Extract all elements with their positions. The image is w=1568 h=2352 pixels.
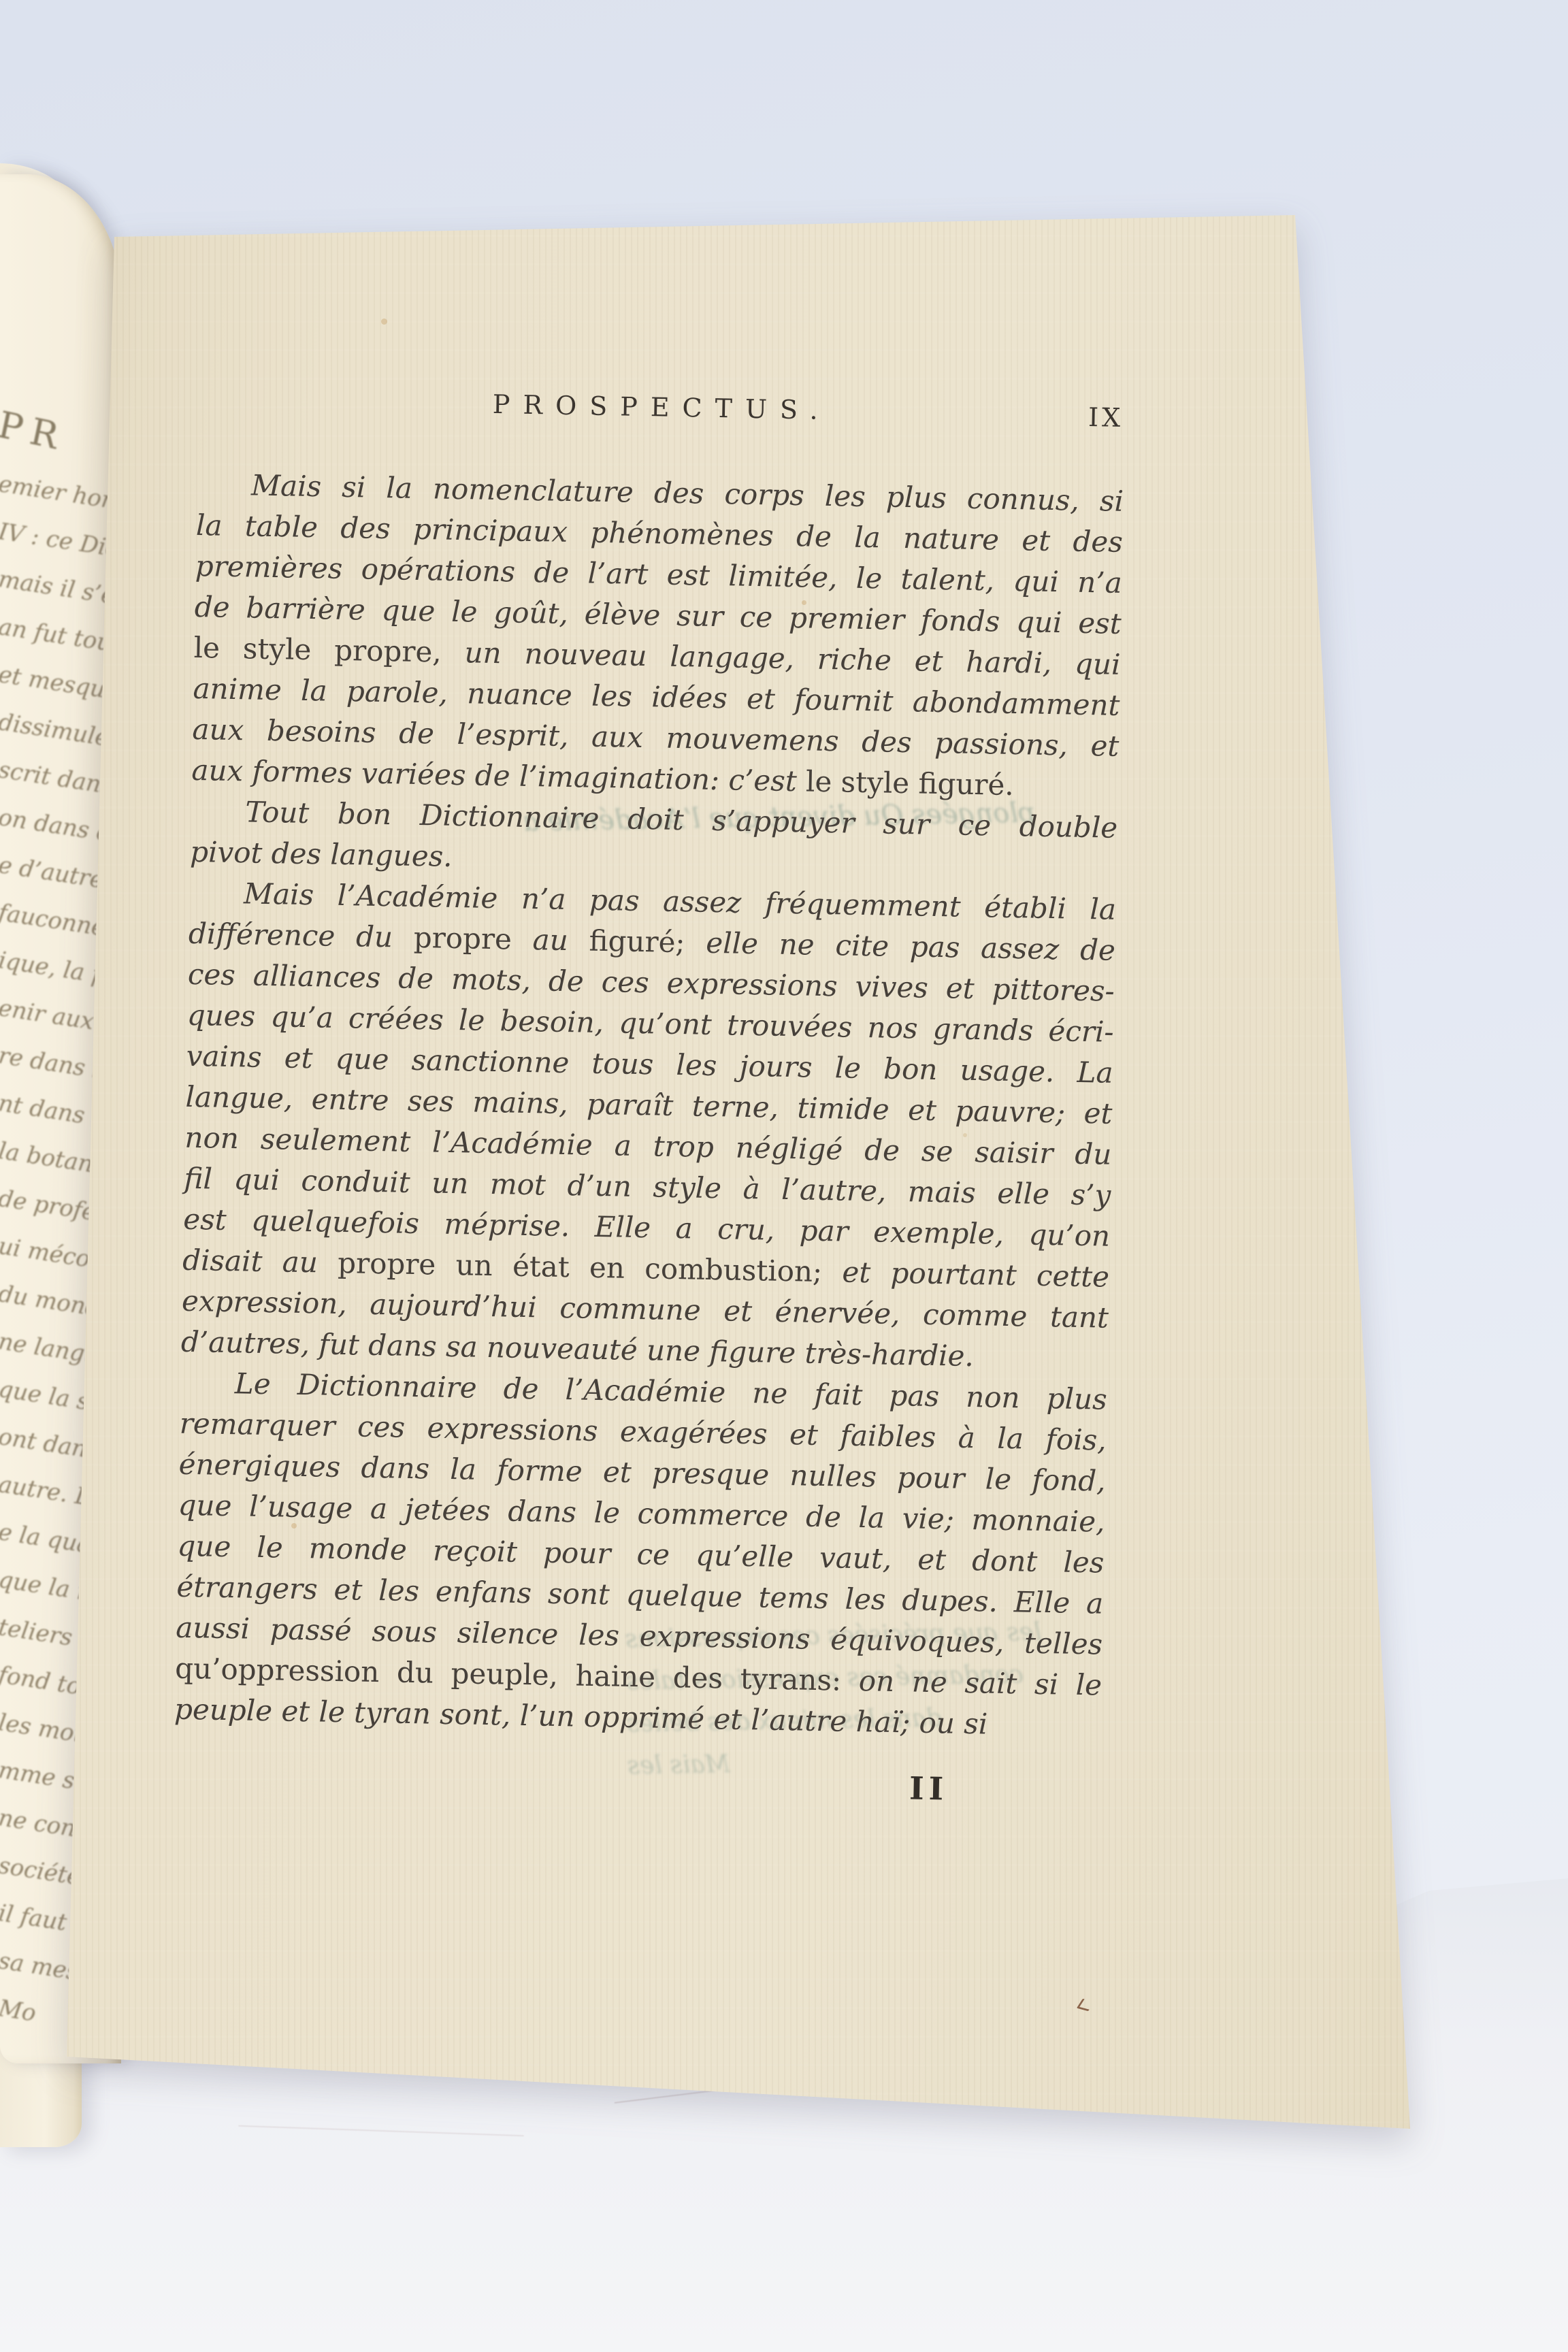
book-photo: PRemier homme àIV : ce Dictimais il s’ea…	[0, 0, 1568, 2352]
page-header: PROSPECTUS. IX	[198, 378, 1126, 443]
page-text-block: PROSPECTUS. IX Mais si la nomenclature d…	[171, 378, 1125, 1865]
page-number: IX	[1088, 397, 1124, 438]
foxing-spot	[963, 1133, 967, 1137]
foxing-spot	[291, 1523, 297, 1529]
running-head: PROSPECTUS.	[198, 378, 1126, 436]
foxing-spot	[802, 600, 806, 605]
body-text: Mais si la nomenclature des corps les pl…	[174, 464, 1124, 1747]
signature-mark: II	[909, 1767, 949, 1809]
foxing-spot	[381, 318, 387, 325]
book-page-wrap: plongées Ou divent que l’Académie a les …	[0, 0, 1568, 2352]
ink-mark	[1077, 1999, 1095, 2012]
book-page: plongées Ou divent que l’Académie a les …	[0, 0, 1568, 2352]
